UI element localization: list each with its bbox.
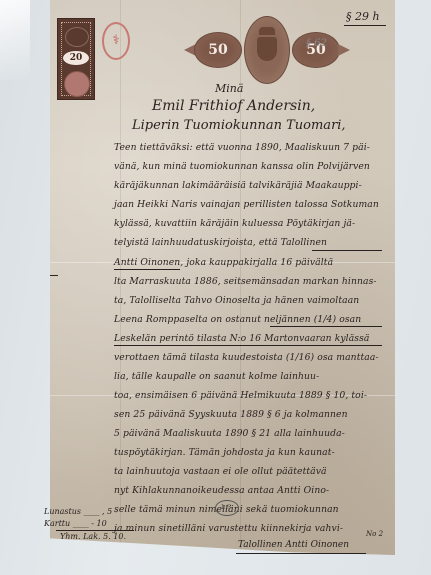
- crest-icon: [65, 27, 89, 47]
- body-line: jaan Heikki Naris vainajan perillisten t…: [114, 199, 379, 210]
- red-seal-stamp: ⚕: [102, 22, 130, 60]
- underline: [270, 326, 382, 327]
- banner-value-left: 50: [194, 32, 242, 68]
- underline: [344, 25, 386, 26]
- body-line: telyistä lainhuudatuskirjoista, että Tal…: [114, 237, 327, 248]
- body-line: verottaen tämä tilasta kuudestoista (1/1…: [114, 352, 379, 363]
- caduceus-icon: ⚕: [104, 33, 128, 48]
- stamp-paper-banner: 50 50: [134, 14, 324, 84]
- fee-line-1: Lunastus ____ , 5 -: [44, 507, 117, 516]
- margin-number: § 141.: [12, 263, 39, 273]
- revenue-stamp-strip: 20: [57, 18, 95, 100]
- underline: [114, 345, 382, 346]
- body-line: vänä, kun minä tuomiokunnan kanssa olin …: [114, 161, 370, 172]
- body-line: Antti Oinonen, joka kauppakirjalla 16 pä…: [114, 257, 333, 268]
- reference-number: § 29 h: [346, 10, 380, 23]
- stamp-value: 20: [63, 51, 89, 65]
- body-line: lta Marraskuuta 1886, seitsemänsadan mar…: [114, 276, 377, 287]
- seal-icon: [64, 71, 90, 97]
- body-line: ta lainhuutoja vastaan ei ole ollut päät…: [114, 466, 327, 477]
- seal-mark: L.S.: [215, 500, 239, 516]
- body-line: Leena Romppaselta on ostanut neljännen (…: [114, 314, 361, 325]
- heading-mina: Minä: [215, 82, 243, 95]
- body-line: ta, Talolliselta Tahvo Oinoselta ja häne…: [114, 295, 359, 306]
- pencil-reference: § 62: [306, 38, 327, 49]
- body-line: lia, tälle kaupalle on saanut kolme lain…: [114, 371, 319, 382]
- body-line: Teen tiettäväksi: että vuonna 1890, Maal…: [114, 142, 370, 153]
- ornament-icon: [338, 44, 350, 56]
- signature: Talollinen Antti Oinonen: [238, 540, 349, 550]
- judge-name: Emil Frithiof Andersin,: [152, 98, 315, 114]
- light-glare: [0, 0, 30, 80]
- body-line: Leskelän perintö tilasta N:o 16 Martonva…: [114, 333, 370, 344]
- body-line: ja minun sinetilläni varustettu kiinneki…: [114, 523, 343, 534]
- underline: [56, 530, 134, 531]
- coat-of-arms: [244, 16, 290, 84]
- body-line: käräjäkunnan lakimääräisiä talvikäräjiä …: [114, 180, 362, 191]
- body-line: tuspöytäkirjan. Tämän johdosta ja kun ka…: [114, 447, 335, 458]
- lion-shield-icon: [257, 37, 277, 61]
- fee-total: Yhm. Lak. 5. 10.: [60, 532, 126, 541]
- judge-title: Liperin Tuomiokunnan Tuomari,: [132, 118, 346, 133]
- signature-underline: [236, 553, 366, 554]
- body-line: kylässä, kuvattiin käräjäin kuluessa Pöy…: [114, 218, 355, 229]
- fee-line-2: Karttu ____ - 10: [44, 519, 107, 528]
- underline: [10, 275, 58, 276]
- body-line: toa, ensimäisen 6 päivänä Helmikuuta 188…: [114, 390, 367, 401]
- body-line: sen 25 päivänä Syyskuuta 1889 § 6 ja kol…: [114, 409, 348, 420]
- body-line: nyt Kihlakunnanoikeudessa antaa Antti Oi…: [114, 485, 329, 496]
- body-line: 5 päivänä Maaliskuuta 1890 § 21 alla lai…: [114, 428, 345, 439]
- underline: [312, 250, 382, 251]
- signature-mark: No 2: [366, 530, 383, 538]
- document-page: 20 ⚕ 50 50 § 29 h § 62 Minä Emil Frithio…: [50, 0, 395, 555]
- crown-icon: [259, 27, 275, 35]
- underline: [114, 269, 180, 270]
